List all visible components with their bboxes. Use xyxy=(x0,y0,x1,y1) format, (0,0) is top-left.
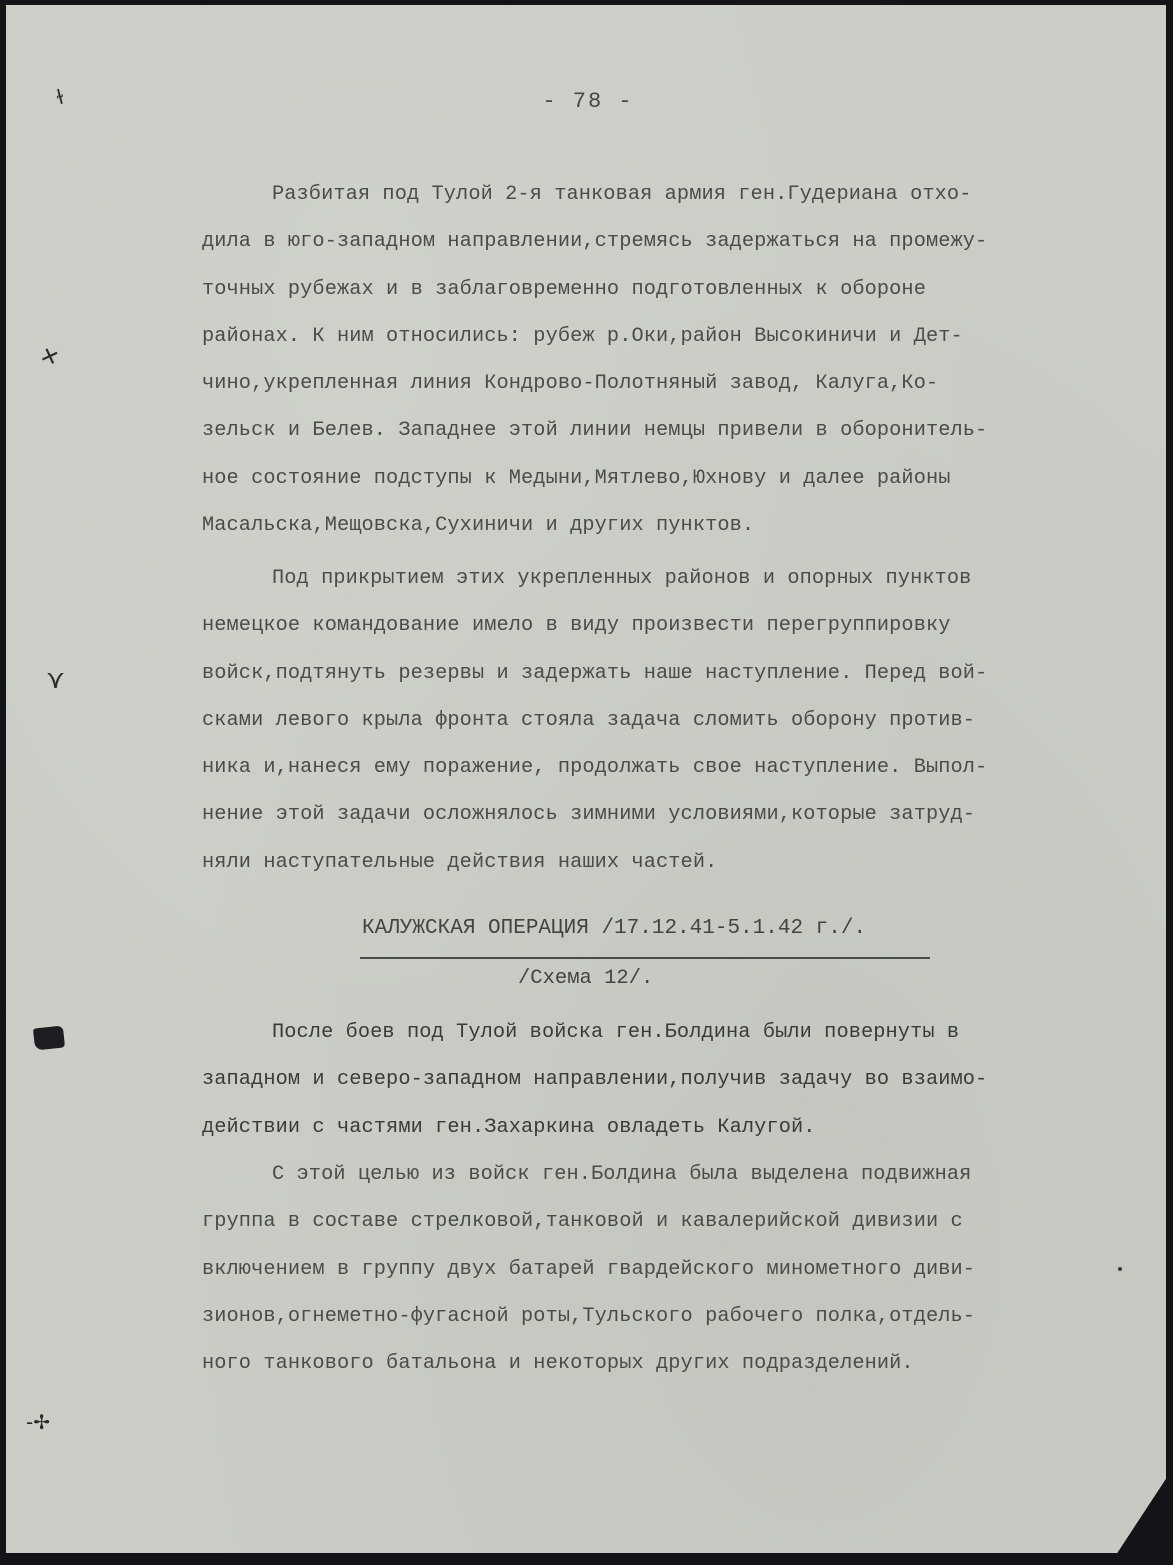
text-line: зионов,огнеметно-фугасной роты,Тульского… xyxy=(202,1293,1132,1340)
text-line: дила в юго-западном направлении,стремясь… xyxy=(202,218,1132,265)
paragraph-2: Под прикрытием этих укрепленных районов … xyxy=(202,555,1132,886)
text-line: сками левого крыла фронта стояла задача … xyxy=(202,697,1132,744)
text-line: западном и северо-западном направлении,п… xyxy=(202,1056,1132,1103)
text-line: точных рубежах и в заблаговременно подго… xyxy=(202,266,1132,313)
section-heading: КАЛУЖСКАЯ ОПЕРАЦИЯ /17.12.41-5.1.42 г./. xyxy=(362,917,866,940)
text-line: немецкое командование имело в виду произ… xyxy=(202,602,1132,649)
text-line: группа в составе стрелковой,танковой и к… xyxy=(202,1198,1132,1245)
text-line: С этой целью из войск ген.Болдина была в… xyxy=(202,1151,1132,1198)
text-line: войск,подтянуть резервы и задержать наше… xyxy=(202,650,1132,697)
text-line: После боев под Тулой войска ген.Болдина … xyxy=(202,1009,1132,1056)
paragraph-3: После боев под Тулой войска ген.Болдина … xyxy=(202,1009,1132,1151)
text-line: Под прикрытием этих укрепленных районов … xyxy=(202,555,1132,602)
paragraph-4: С этой целью из войск ген.Болдина была в… xyxy=(202,1151,1132,1387)
document-page: ɫ ✕ ⋎ -✢ - 78 - Разбитая под Тулой 2-я т… xyxy=(6,5,1166,1553)
text-line: районах. К ним относились: рубеж р.Оки,р… xyxy=(202,313,1132,360)
text-line: ное состояние подступы к Медыни,Мятлево,… xyxy=(202,455,1132,502)
binding-hole-mark-icon: ⋎ xyxy=(46,665,65,695)
section-subheading: /Схема 12/. xyxy=(518,967,653,990)
heading-underline xyxy=(360,957,930,959)
text-line: няли наступательные действия наших часте… xyxy=(202,839,1132,886)
binding-hole-mark-icon: ✕ xyxy=(36,343,62,373)
binding-hole-mark-icon xyxy=(33,1025,65,1050)
text-line: чино,укрепленная линия Кондрово-Полотнян… xyxy=(202,360,1132,407)
page-number: - 78 - xyxy=(6,89,1166,114)
text-line: ного танкового батальона и некоторых дру… xyxy=(202,1340,1132,1387)
text-line: Разбитая под Тулой 2-я танковая армия ге… xyxy=(202,171,1132,218)
text-line: Масальска,Мещовска,Сухиничи и других пун… xyxy=(202,502,1132,549)
text-line: включением в группу двух батарей гвардей… xyxy=(202,1246,1132,1293)
text-line: нение этой задачи осложнялось зимними ус… xyxy=(202,791,1132,838)
binding-hole-mark-icon: -✢ xyxy=(26,1410,50,1434)
text-line: зельск и Белев. Западнее этой линии немц… xyxy=(202,407,1132,454)
paragraph-1: Разбитая под Тулой 2-я танковая армия ге… xyxy=(202,171,1132,549)
text-line: действии с частями ген.Захаркина овладет… xyxy=(202,1104,1132,1151)
text-line: ника и,нанеся ему поражение, продолжать … xyxy=(202,744,1132,791)
